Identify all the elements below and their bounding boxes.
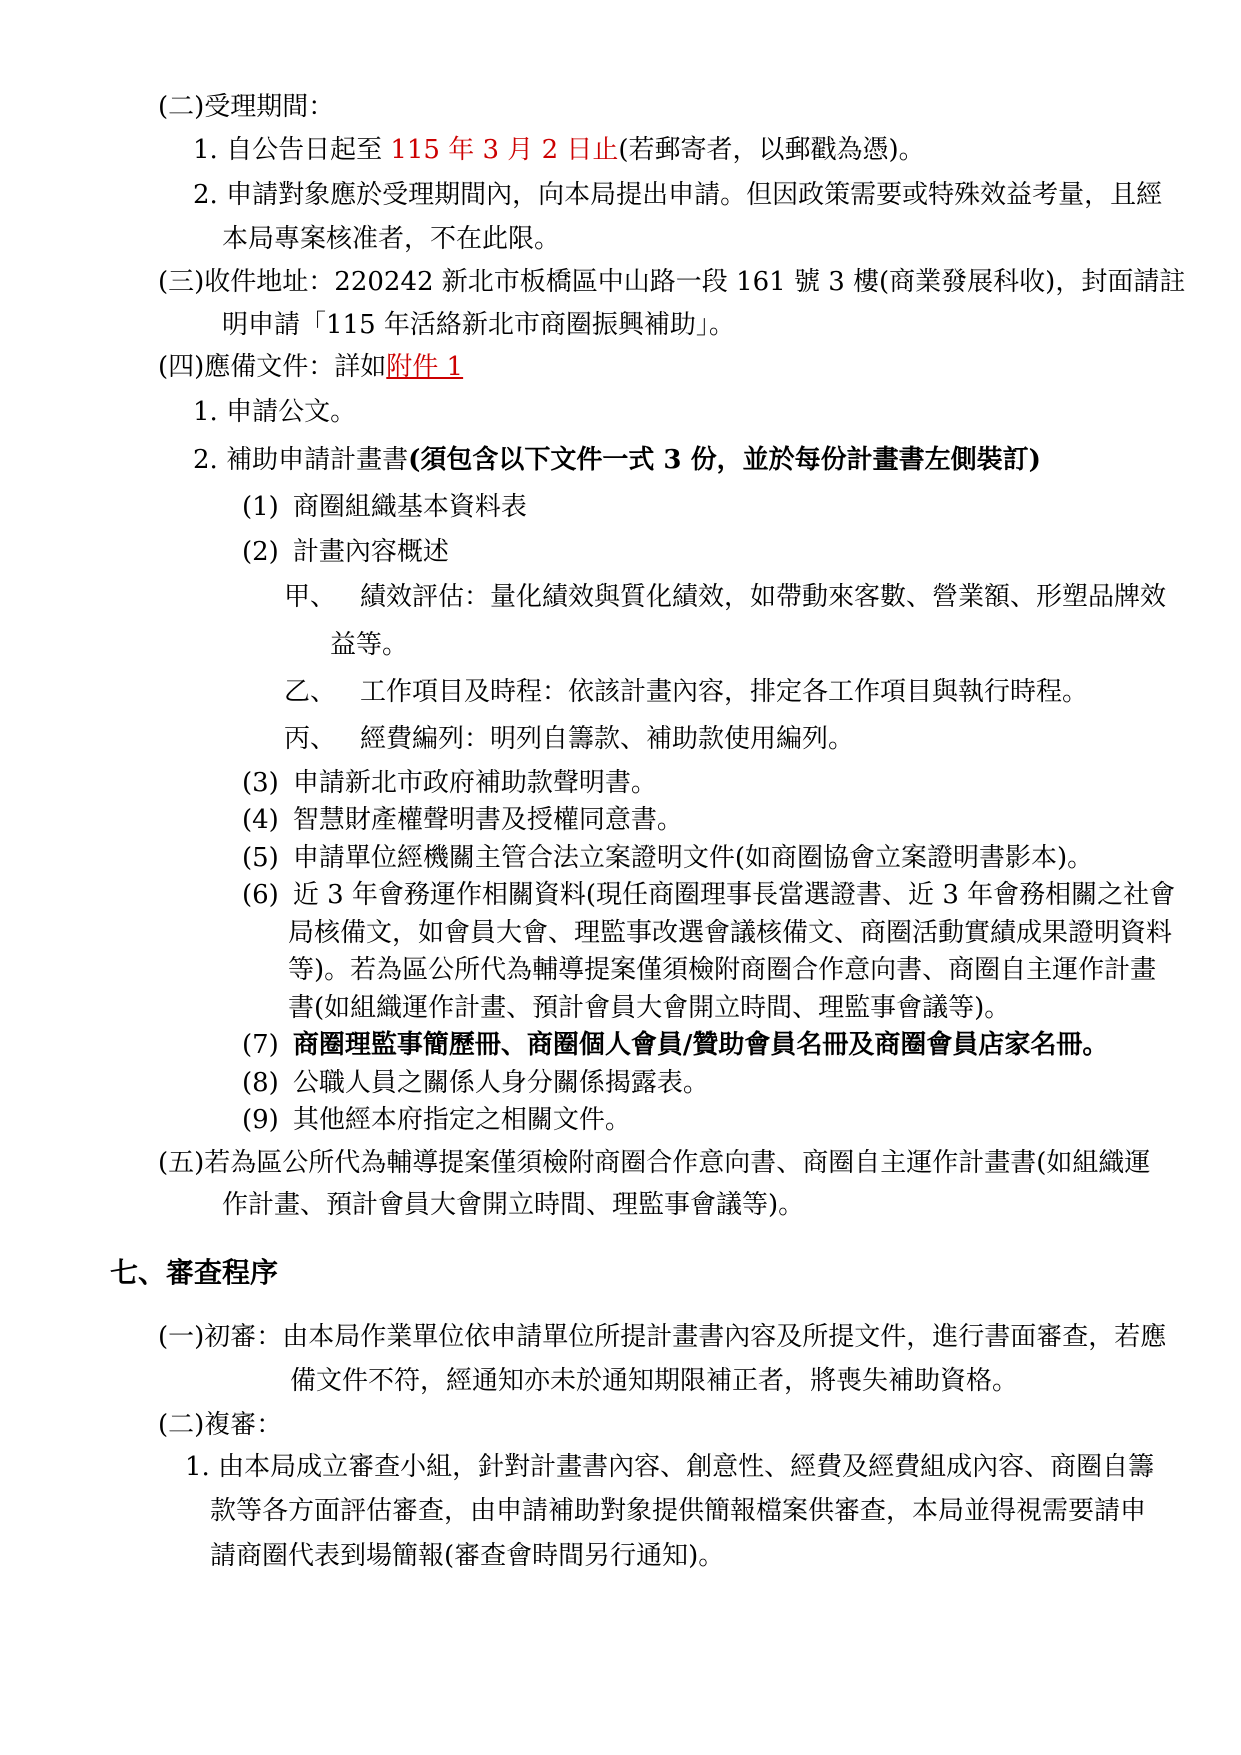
second-review-heading-run-0: (二)複審： (158, 1408, 282, 1442)
second-review-item-1-line-1: 1. 由本局成立審查小組，針對計畫書內容、創意性、經費及經費組成內容、商圈自籌 (185, 1450, 1154, 1484)
document-page: (二)受理期間：1. 自公告日起至 115 年 3 月 2 日止(若郵寄者，以郵… (0, 0, 1241, 1755)
preliminary-review-line-1: (一)初審：由本局作業單位依申請單位所提計畫書內容及所提文件，進行書面審查，若應 (158, 1320, 1166, 1354)
application-letter-item-run-0: 1. 申請公文。 (193, 395, 356, 429)
section-5-line-1-run-0: (五)若為區公所代為輔導提案僅須檢附商圈合作意向書、商圈自主運作計畫書(如組織運 (158, 1146, 1150, 1180)
required-documents-heading-run-0: (四)應備文件：詳如 (158, 350, 386, 384)
review-procedure-heading-run-0: 七、審查程序 (110, 1256, 278, 1290)
item-9-other-docs-run-0: (9) (242, 1103, 279, 1137)
application-window-line-2-run-0: 本局專案核准者，不在此限。 (222, 222, 560, 256)
second-review-item-1-line-2: 款等各方面評估審查，由申請補助對象提供簡報檔案供審查，本局並得視需要請申 (210, 1494, 1146, 1528)
item-9-other-docs: (9)其他經本府指定之相關文件。 (242, 1103, 631, 1137)
item-5-registration-proof: (5)申請單位經機關主管合法立案證明文件(如商圈協會立案證明書影本)。 (242, 841, 1093, 875)
section-5-line-2-run-0: 作計畫、預計會員大會開立時間、理監事會議等)。 (222, 1188, 804, 1222)
item-6-records-line-3: 等)。若為區公所代為輔導提案僅須檢附商圈合作意向書、商圈自主運作計畫 (288, 953, 1156, 987)
application-letter-item: 1. 申請公文。 (193, 395, 356, 429)
item-5-registration-proof-run-0: (5) (242, 841, 279, 875)
mailing-address-line-1: (三)收件地址：220242 新北市板橋區中山路一段 161 號 3 樓(商業發… (158, 265, 1185, 299)
proposal-book-item: 2. 補助申請計畫書(須包含以下文件一式 3 份，並於每份計畫書左側裝訂) (193, 443, 1041, 477)
item-4-ip-statement-run-1: 智慧財產權聲明書及授權同意書。 (293, 803, 683, 837)
item-2-plan-overview-run-1: 計畫內容概述 (293, 535, 449, 569)
deadline-red-text: 115 年 3 月 2 日止 (390, 133, 618, 167)
sub-c-budget-run-0: 丙、 (284, 722, 336, 756)
sub-a-performance-line-2-run-0: 益等。 (330, 628, 408, 662)
item-1-org-basic-info-run-1: 商圈組織基本資料表 (293, 490, 527, 524)
sub-b-schedule: 乙、工作項目及時程：依該計畫內容，排定各工作項目與執行時程。 (284, 675, 1088, 709)
item-6-records-line-1-run-1: 近 3 年會務運作相關資料(現任商圈理事長當選證書、近 3 年會務相關之社會 (293, 878, 1175, 912)
item-6-records-line-2-run-0: 局核備文，如會員大會、理監事改選會議核備文、商圈活動實績成果證明資料 (288, 916, 1172, 950)
application-window-line-2: 本局專案核准者，不在此限。 (222, 222, 560, 256)
sub-a-performance-line-1-run-0: 甲、 (284, 580, 336, 614)
attachment-1-link[interactable]: 附件 1 (386, 350, 463, 384)
mailing-address-line-1-run-0: (三)收件地址：220242 新北市板橋區中山路一段 161 號 3 樓(商業發… (158, 265, 1185, 299)
item-7-rosters-run-0: (7) (242, 1028, 279, 1062)
item-6-records-line-3-run-0: 等)。若為區公所代為輔導提案僅須檢附商圈合作意向書、商圈自主運作計畫 (288, 953, 1156, 987)
item-4-ip-statement-run-0: (4) (242, 803, 279, 837)
sub-a-performance-line-1: 甲、績效評估：量化績效與質化績效，如帶動來客數、營業額、形塑品牌效 (284, 580, 1166, 614)
item-8-disclosure-run-1: 公職人員之關係人身分關係揭露表。 (293, 1066, 709, 1100)
item-9-other-docs-run-1: 其他經本府指定之相關文件。 (293, 1103, 631, 1137)
item-3-declaration-run-1: 申請新北市政府補助款聲明書。 (293, 766, 657, 800)
second-review-item-1-line-3: 請商圈代表到場簡報(審查會時間另行通知)。 (210, 1539, 724, 1573)
item-3-declaration-run-0: (3) (242, 766, 279, 800)
acceptance-period-heading: (二)受理期間： (158, 90, 334, 124)
item-1-org-basic-info: (1)商圈組織基本資料表 (242, 490, 527, 524)
item-7-rosters-run-1: 商圈理監事簡歷冊、商圈個人會員/贊助會員名冊及商圈會員店家名冊。 (293, 1028, 1109, 1062)
deadline-line-run-2: (若郵寄者，以郵戳為憑)。 (618, 133, 924, 167)
item-8-disclosure: (8)公職人員之關係人身分關係揭露表。 (242, 1066, 709, 1100)
application-window-line-1: 2. 申請對象應於受理期間內，向本局提出申請。但因政策需要或特殊效益考量，且經 (193, 178, 1162, 212)
deadline-line: 1. 自公告日起至 115 年 3 月 2 日止(若郵寄者，以郵戳為憑)。 (193, 133, 925, 167)
second-review-item-1-line-1-run-0: 1. 由本局成立審查小組，針對計畫書內容、創意性、經費及經費組成內容、商圈自籌 (185, 1450, 1154, 1484)
required-documents-heading: (四)應備文件：詳如附件 1 (158, 350, 463, 384)
item-3-declaration: (3)申請新北市政府補助款聲明書。 (242, 766, 657, 800)
review-procedure-heading: 七、審查程序 (110, 1256, 278, 1291)
preliminary-review-line-2: 備文件不符，經通知亦未於通知期限補正者，將喪失補助資格。 (290, 1364, 1018, 1398)
preliminary-review-line-2-run-0: 備文件不符，經通知亦未於通知期限補正者，將喪失補助資格。 (290, 1364, 1018, 1398)
item-2-plan-overview-run-0: (2) (242, 535, 279, 569)
mailing-address-line-2: 明申請「115 年活絡新北市商圈振興補助」。 (222, 308, 735, 342)
sub-a-performance-line-1-run-1: 績效評估：量化績效與質化績效，如帶動來客數、營業額、形塑品牌效 (360, 580, 1166, 614)
item-6-records-line-1-run-0: (6) (242, 878, 279, 912)
deadline-line-run-0: 1. 自公告日起至 (193, 133, 390, 167)
section-5-line-1: (五)若為區公所代為輔導提案僅須檢附商圈合作意向書、商圈自主運作計畫書(如組織運 (158, 1146, 1150, 1180)
item-6-records-line-4: 書(如組織運作計畫、預計會員大會開立時間、理監事會議等)。 (288, 991, 1010, 1025)
item-6-records-line-1: (6)近 3 年會務運作相關資料(現任商圈理事長當選證書、近 3 年會務相關之社… (242, 878, 1175, 912)
application-window-line-1-run-0: 2. 申請對象應於受理期間內，向本局提出申請。但因政策需要或特殊效益考量，且經 (193, 178, 1162, 212)
acceptance-period-heading-run-0: (二)受理期間： (158, 90, 334, 124)
second-review-heading: (二)複審： (158, 1408, 282, 1442)
mailing-address-line-2-run-0: 明申請「115 年活絡新北市商圈振興補助」。 (222, 308, 735, 342)
item-6-records-line-2: 局核備文，如會員大會、理監事改選會議核備文、商圈活動實績成果證明資料 (288, 916, 1172, 950)
item-7-rosters: (7)商圈理監事簡歷冊、商圈個人會員/贊助會員名冊及商圈會員店家名冊。 (242, 1028, 1108, 1062)
preliminary-review-line-1-run-0: (一)初審：由本局作業單位依申請單位所提計畫書內容及所提文件，進行書面審查，若應 (158, 1320, 1166, 1354)
item-6-records-line-4-run-0: 書(如組織運作計畫、預計會員大會開立時間、理監事會議等)。 (288, 991, 1010, 1025)
item-5-registration-proof-run-1: 申請單位經機關主管合法立案證明文件(如商圈協會立案證明書影本)。 (293, 841, 1093, 875)
section-5-line-2: 作計畫、預計會員大會開立時間、理監事會議等)。 (222, 1188, 804, 1222)
proposal-book-item-run-0: 2. 補助申請計畫書 (193, 443, 408, 477)
second-review-item-1-line-3-run-0: 請商圈代表到場簡報(審查會時間另行通知)。 (210, 1539, 724, 1573)
sub-c-budget: 丙、經費編列：明列自籌款、補助款使用編列。 (284, 722, 854, 756)
item-4-ip-statement: (4)智慧財產權聲明書及授權同意書。 (242, 803, 683, 837)
item-8-disclosure-run-0: (8) (242, 1066, 279, 1100)
item-1-org-basic-info-run-0: (1) (242, 490, 279, 524)
sub-b-schedule-run-0: 乙、 (284, 675, 336, 709)
second-review-item-1-line-2-run-0: 款等各方面評估審查，由申請補助對象提供簡報檔案供審查，本局並得視需要請申 (210, 1494, 1146, 1528)
sub-c-budget-run-1: 經費編列：明列自籌款、補助款使用編列。 (360, 722, 854, 756)
item-2-plan-overview: (2)計畫內容概述 (242, 535, 449, 569)
proposal-book-item-run-1: (須包含以下文件一式 3 份，並於每份計畫書左側裝訂) (408, 443, 1041, 477)
sub-b-schedule-run-1: 工作項目及時程：依該計畫內容，排定各工作項目與執行時程。 (360, 675, 1088, 709)
sub-a-performance-line-2: 益等。 (330, 628, 408, 662)
